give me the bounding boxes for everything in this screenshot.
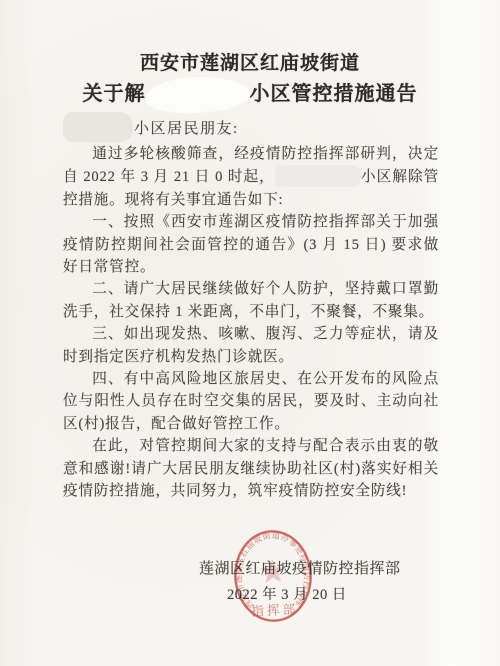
notice-subject-title: 关于解小区管控措施通告	[0, 77, 500, 111]
paragraph-item-2: 二、请广大居民继续做好个人防护，坚持戴口罩勤洗手，社交保持 1 米距离，不串门，…	[63, 278, 439, 323]
redaction-blob-title	[145, 75, 250, 113]
notice-org-title: 西安市莲湖区红庙坡街道	[0, 50, 500, 77]
paragraph-intro: 通过多轮核酸筛查，经疫情防控指挥部研判，决定自 2022 年 3 月 21 日 …	[63, 143, 439, 211]
paragraph-item-3: 三、如出现发热、咳嗽、腹泻、乏力等症状，请及时到指定医疗机构发热门诊就医。	[63, 323, 439, 368]
notice-body: 通过多轮核酸筛查，经疫情防控指挥部研判，决定自 2022 年 3 月 21 日 …	[63, 143, 439, 503]
paragraph-item-4: 四、有中高风险地区旅居史、在公开发布的风险点位与阳性人员存在时空交集的居民，要及…	[63, 368, 439, 435]
paragraph-item-1: 一、按照《西安市莲湖区疫情防控指挥部关于加强疫情防控期间社会面管控的通告》(3 …	[63, 211, 439, 278]
notice-title-block: 西安市莲湖区红庙坡街道 关于解小区管控措施通告	[0, 50, 500, 111]
paragraph-closing: 在此，对管控期间大家的支持与配合表示由衷的敬意和感谢!请广大居民朋友继续协助社区…	[63, 435, 439, 502]
scanned-notice-page: 西安市莲湖区红庙坡街道 关于解小区管控措施通告 小区居民朋友: 通过多轮核酸筛查…	[0, 0, 500, 666]
salutation-text: 小区居民朋友:	[134, 121, 239, 137]
title-prefix: 关于解	[83, 83, 146, 105]
title-suffix: 小区管控措施通告	[250, 83, 418, 105]
issuer-signature: 莲湖区红庙坡疫情防控指挥部	[199, 557, 401, 578]
issue-date: 2022 年 3 月 20 日	[227, 583, 347, 604]
salutation-line: 小区居民朋友:	[63, 112, 239, 144]
redaction-blob-salutation	[63, 112, 133, 142]
redaction-blob-community	[275, 165, 361, 187]
